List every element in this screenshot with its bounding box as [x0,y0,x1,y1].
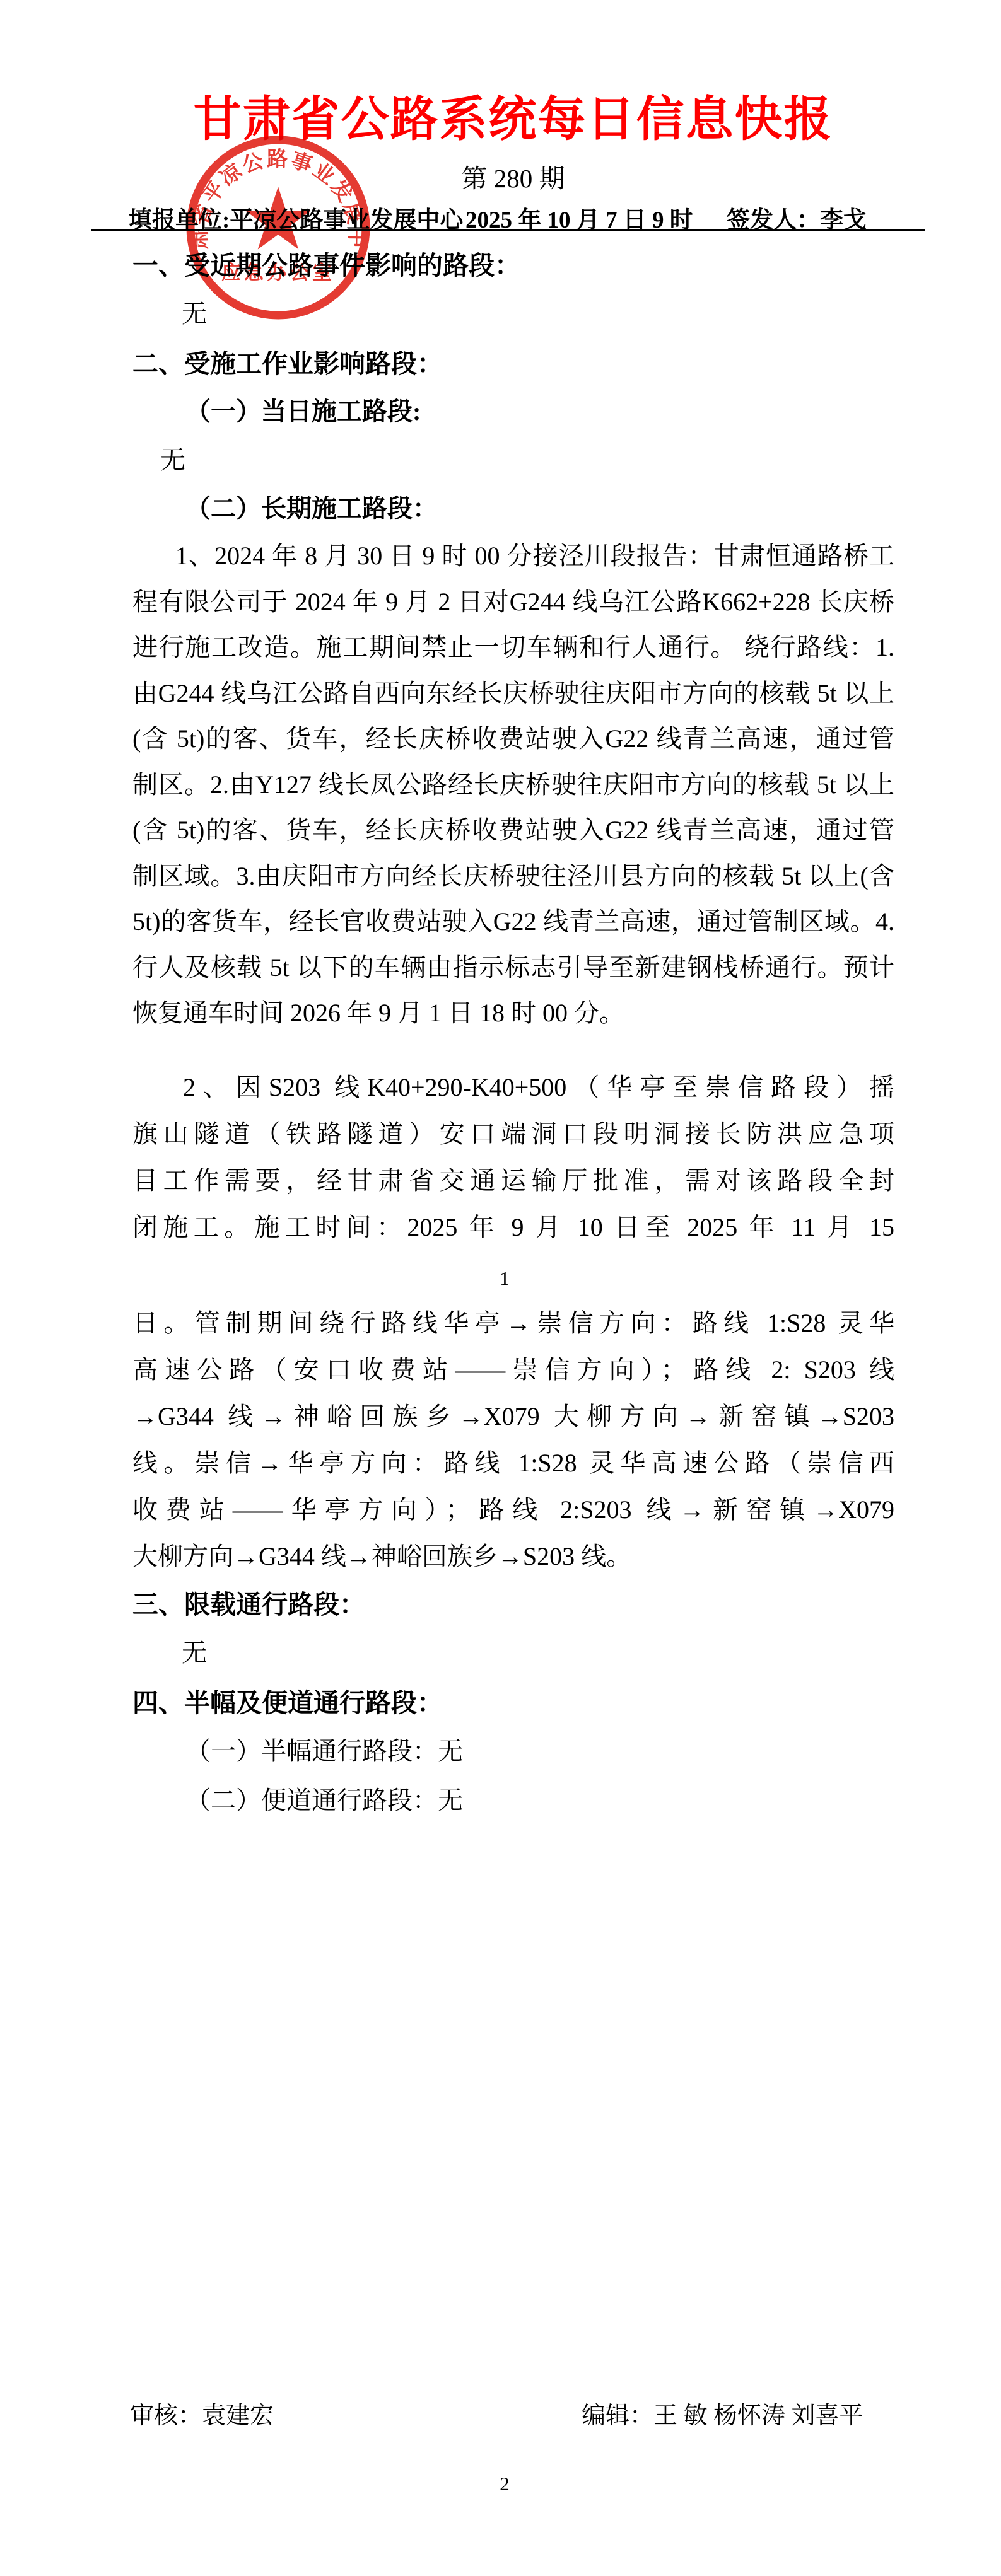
text-line: 恢复通车时间 2026 年 9 月 1 日 18 时 00 分。 [132,990,894,1036]
long-term-construction-paragraph-1: 1、2024 年 8 月 30 日 9 时 00 分接泾川段报告：甘肃恒通路桥工… [132,533,894,1036]
text-line: (含 5t)的客、货车，经长庆桥收费站驶入G22 线青兰高速，通过管 [132,716,894,762]
text-line: 旗山隧道（铁路隧道）安口端洞口段明洞接长防洪应急项 [132,1111,894,1157]
text-line: (含 5t)的客、货车，经长庆桥收费站驶入G22 线青兰高速，通过管 [132,808,894,854]
long-term-construction-paragraph-2: 2、因S203 线K40+290-K40+500（华亭至崇信路段）摇旗山隧道（铁… [132,1064,894,1251]
text-line: 行人及核载 5t 以下的车辆由指示标志引导至新建钢栈桥通行。预计 [132,945,894,991]
text-line: 5t)的客货车，经长官收费站驶入G22 线青兰高速，通过管制区域。4. [132,899,894,945]
reviewer: 审核：袁建宏 [130,2396,274,2430]
text-line: 大柳方向→G344 线→神峪回族乡→S203 线。 [132,1533,894,1580]
text-line: 高速公路（安口收费站——崇信方向）；路线 2: S203 线 [132,1347,894,1393]
section-4-sub-1: （一）半幅通行路段：无 [185,1731,463,1767]
text-line: 进行施工改造。施工期间禁止一切车辆和行人通行。 绕行路线：1. [132,625,894,671]
section-1-value: 无 [182,294,207,330]
page-1-number: 1 [132,1267,877,1290]
text-line: 制区域。3.由庆阳市方向经长庆桥驶往泾川县方向的核载 5t 以上(含 [132,854,894,900]
text-line: 2、因S203 线K40+290-K40+500（华亭至崇信路段）摇 [132,1064,894,1111]
text-line: 目工作需要，经甘肃省交通运输厅批准，需对该路段全封 [132,1157,894,1204]
text-line: 1、2024 年 8 月 30 日 9 时 00 分接泾川段报告：甘肃恒通路桥工 [132,533,894,579]
section-1-heading: 一、受近期公路事件影响的路段： [132,245,520,282]
section-2-sub-2: （二）长期施工路段： [185,489,438,525]
text-line: 线。崇信→华亭方向：路线 1:S28 灵华高速公路（崇信西 [132,1440,894,1487]
text-line: 制区。2.由Y127 线长凤公路经长庆桥驶往庆阳市方向的核载 5t 以上 [132,762,894,808]
section-3-heading: 三、限载通行路段： [132,1584,365,1621]
stamp-star-icon [245,187,312,250]
text-line: 程有限公司于 2024 年 9 月 2 日对G244 线乌江公路K662+228… [132,579,894,625]
section-2-sub-1-value: 无 [160,440,185,476]
text-line: 闭施工。施工时间：2025 年 9 月 10 日至 2025 年 11 月 15 [132,1204,894,1251]
section-2-sub-1: （一）当日施工路段: [185,392,421,427]
text-line: 由G244 线乌江公路自西向东经长庆桥驶往庆阳市方向的核载 5t 以上 [132,671,894,717]
section-4-sub-2: （二）便道通行路段：无 [185,1780,463,1816]
editors: 编辑：王 敏 杨怀涛 刘喜平 [582,2396,863,2430]
bulletin-document: 甘肃省公路系统每日信息快报 第 280 期 填报单位:平凉公路事业发展中心 20… [0,0,1001,2576]
page-2-number: 2 [132,2473,877,2495]
text-line: 收费站——华亭方向）；路线 2:S203 线→新窑镇→X079 [132,1487,894,1533]
section-3-value: 无 [182,1633,207,1669]
detour-route-paragraph: 日。管制期间绕行路线华亭→崇信方向：路线 1:S28 灵华高速公路（安口收费站—… [132,1300,894,1580]
section-2-heading: 二、受施工作业影响路段： [132,343,443,380]
section-4-heading: 四、半幅及便道通行路段： [132,1682,443,1719]
text-line: →G344 线→神峪回族乡→X079 大柳方向→新窑镇→S203 [132,1393,894,1440]
official-stamp: 甘肃省平凉公路事业发展中心 应急办公室 [184,133,373,322]
text-line: 日。管制期间绕行路线华亭→崇信方向：路线 1:S28 灵华 [132,1300,894,1347]
